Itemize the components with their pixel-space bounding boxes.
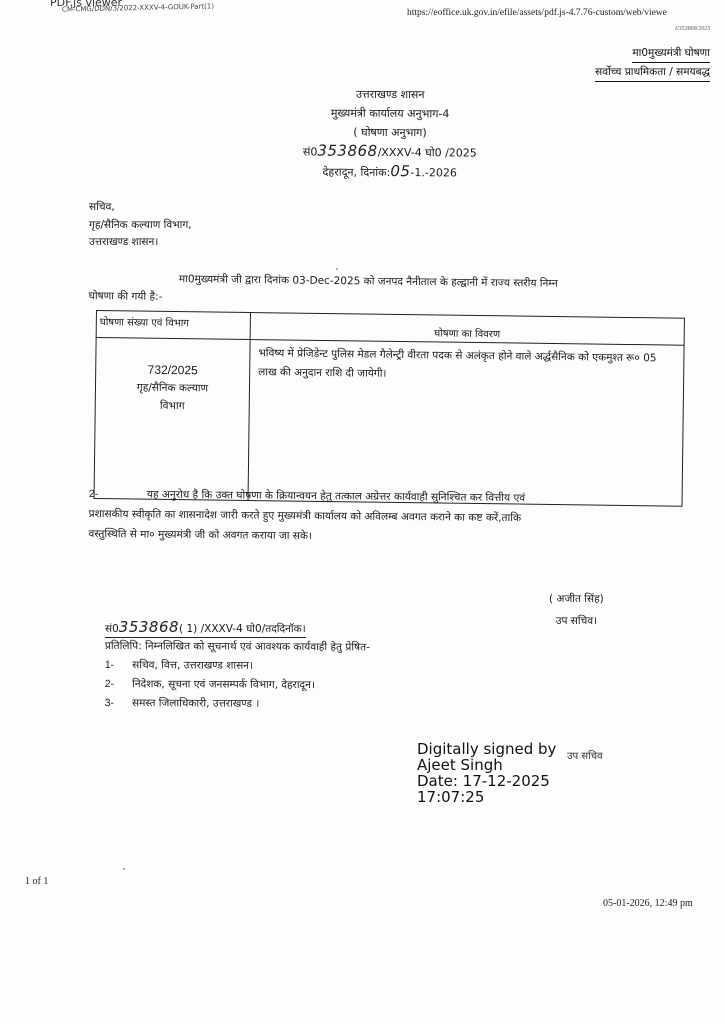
digital-signature: Digitally signed by Ajeet Singh Date: 17… bbox=[417, 741, 556, 805]
print-header-url: https://eoffice.uk.gov.in/efile/assets/p… bbox=[407, 8, 667, 18]
declaration-department-line-2: विभाग bbox=[97, 396, 248, 416]
list-item-text: समस्त जिलाधिकारी, उत्तराखण्ड । bbox=[132, 697, 259, 710]
digital-signature-date: Date: 17-12-2025 bbox=[417, 773, 556, 789]
request-paragraph: 2-यह अनुरोध है कि उक्त घोषणा के क्रियान्… bbox=[88, 484, 689, 550]
receipt-stamp: I/353868/2025 bbox=[675, 26, 710, 32]
section-name: ( घोषणा अनुभाग) bbox=[240, 122, 540, 143]
list-item: 3- समस्त जिलाधिकारी, उत्तराखण्ड । bbox=[105, 694, 370, 714]
digital-signature-time: 17:07:25 bbox=[417, 789, 556, 805]
list-item-number: 1- bbox=[105, 656, 129, 675]
intro-paragraph: मा0मुख्यमंत्री जी द्वारा दिनांक 03-Dec-2… bbox=[89, 269, 689, 312]
category-line-2: सर्वोच्च प्राथमिकता / समयबद्ध bbox=[595, 63, 710, 82]
list-item-text: निदेशक, सूचना एवं जनसम्पर्क विभाग, देहरा… bbox=[132, 678, 315, 691]
category-line-1: मा0मुख्यमंत्री घोषणा bbox=[632, 44, 710, 63]
digital-signature-line-1: Digitally signed by bbox=[417, 741, 556, 757]
declaration-number: 732/2025 bbox=[97, 360, 248, 380]
scan-speck bbox=[336, 268, 338, 270]
table-row: 732/2025 गृह/सैनिक कल्याण विभाग भविष्य म… bbox=[94, 338, 684, 507]
digital-signature-overlay-text: उप सचिव bbox=[567, 749, 603, 765]
copy-ref-handwritten: 353868 bbox=[119, 618, 179, 636]
addressee: सचिव, गृह/सैनिक कल्याण विभाग, उत्तराखण्ड… bbox=[89, 199, 192, 252]
page-count: 1 of 1 bbox=[25, 876, 48, 887]
list-item: 1- सचिव, वित्त, उत्तराखण्ड शासन। bbox=[105, 656, 370, 676]
declaration-number-cell: 732/2025 गृह/सैनिक कल्याण विभाग bbox=[94, 338, 250, 501]
letter-number-prefix: सं0 bbox=[303, 145, 318, 158]
letter-number-suffix: /XXXV-4 घो0 /2025 bbox=[378, 146, 477, 160]
signatory-name: ( अजीत सिंह) bbox=[549, 588, 604, 610]
copy-to-list: प्रतिलिपि: निम्नलिखित को सूचनार्थ एवं आव… bbox=[105, 637, 370, 714]
category-label: मा0मुख्यमंत्री घोषणा सर्वोच्च प्राथमिकता… bbox=[595, 44, 710, 82]
request-line-1: यह अनुरोध है कि उक्त घोषणा के क्रियान्वय… bbox=[137, 488, 525, 504]
addressee-line-2: गृह/सैनिक कल्याण विभाग, bbox=[89, 217, 192, 235]
addressee-line-1: सचिव, bbox=[89, 199, 192, 217]
paragraph-number: 2- bbox=[89, 484, 137, 504]
list-item-number: 2- bbox=[105, 675, 129, 694]
letter-number-handwritten: 353868 bbox=[317, 141, 377, 159]
copy-reference-number: सं0353868( 1) /XXXV-4 घो0/तददिनॉक। bbox=[105, 618, 306, 638]
digital-signature-name: Ajeet Singh bbox=[417, 757, 556, 773]
copy-ref-prefix: सं0 bbox=[105, 623, 119, 635]
government-name: उत्तराखण्ड शासन bbox=[240, 84, 540, 105]
list-item: 2- निदेशक, सूचना एवं जनसम्पर्क विभाग, दे… bbox=[105, 675, 370, 695]
letterhead: उत्तराखण्ड शासन मुख्यमंत्री कार्यालय अनु… bbox=[240, 84, 541, 183]
letter-date-prefix: देहरादून, दिनांक: bbox=[323, 166, 391, 179]
letter-number: सं0353868/XXXV-4 घो0 /2025 bbox=[240, 141, 540, 163]
scan-speck bbox=[123, 868, 125, 870]
declaration-table: घोषणा संख्या एवं विभाग घोषणा का विवरण 73… bbox=[94, 310, 685, 507]
header-declaration-number: घोषणा संख्या एवं विभाग bbox=[96, 311, 250, 340]
list-item-number: 3- bbox=[105, 694, 129, 713]
letter-date: देहरादून, दिनांक:05-1.-2026 bbox=[240, 161, 540, 183]
signatory-block: ( अजीत सिंह) उप सचिव। bbox=[549, 588, 604, 632]
letter-date-handwritten-day: 05 bbox=[390, 162, 410, 180]
office-name: मुख्यमंत्री कार्यालय अनुभाग-4 bbox=[240, 103, 540, 124]
declaration-description: भविष्य में प्रेजिडेन्ट पुलिस मेडल गैलेन्… bbox=[248, 340, 684, 507]
addressee-line-3: उत्तराखण्ड शासन। bbox=[89, 234, 192, 252]
copy-to-heading: प्रतिलिपि: निम्नलिखित को सूचनार्थ एवं आव… bbox=[105, 637, 370, 657]
print-timestamp: 05-01-2026, 12:49 pm bbox=[603, 898, 693, 909]
list-item-text: सचिव, वित्त, उत्तराखण्ड शासन। bbox=[132, 659, 253, 672]
copy-ref-suffix: ( 1) /XXXV-4 घो0/तददिनॉक। bbox=[179, 623, 306, 635]
declaration-department-line-1: गृह/सैनिक कल्याण bbox=[97, 378, 248, 398]
letter-date-rest: -1.-2026 bbox=[410, 166, 457, 179]
signatory-designation: उप सचिव। bbox=[549, 610, 604, 632]
